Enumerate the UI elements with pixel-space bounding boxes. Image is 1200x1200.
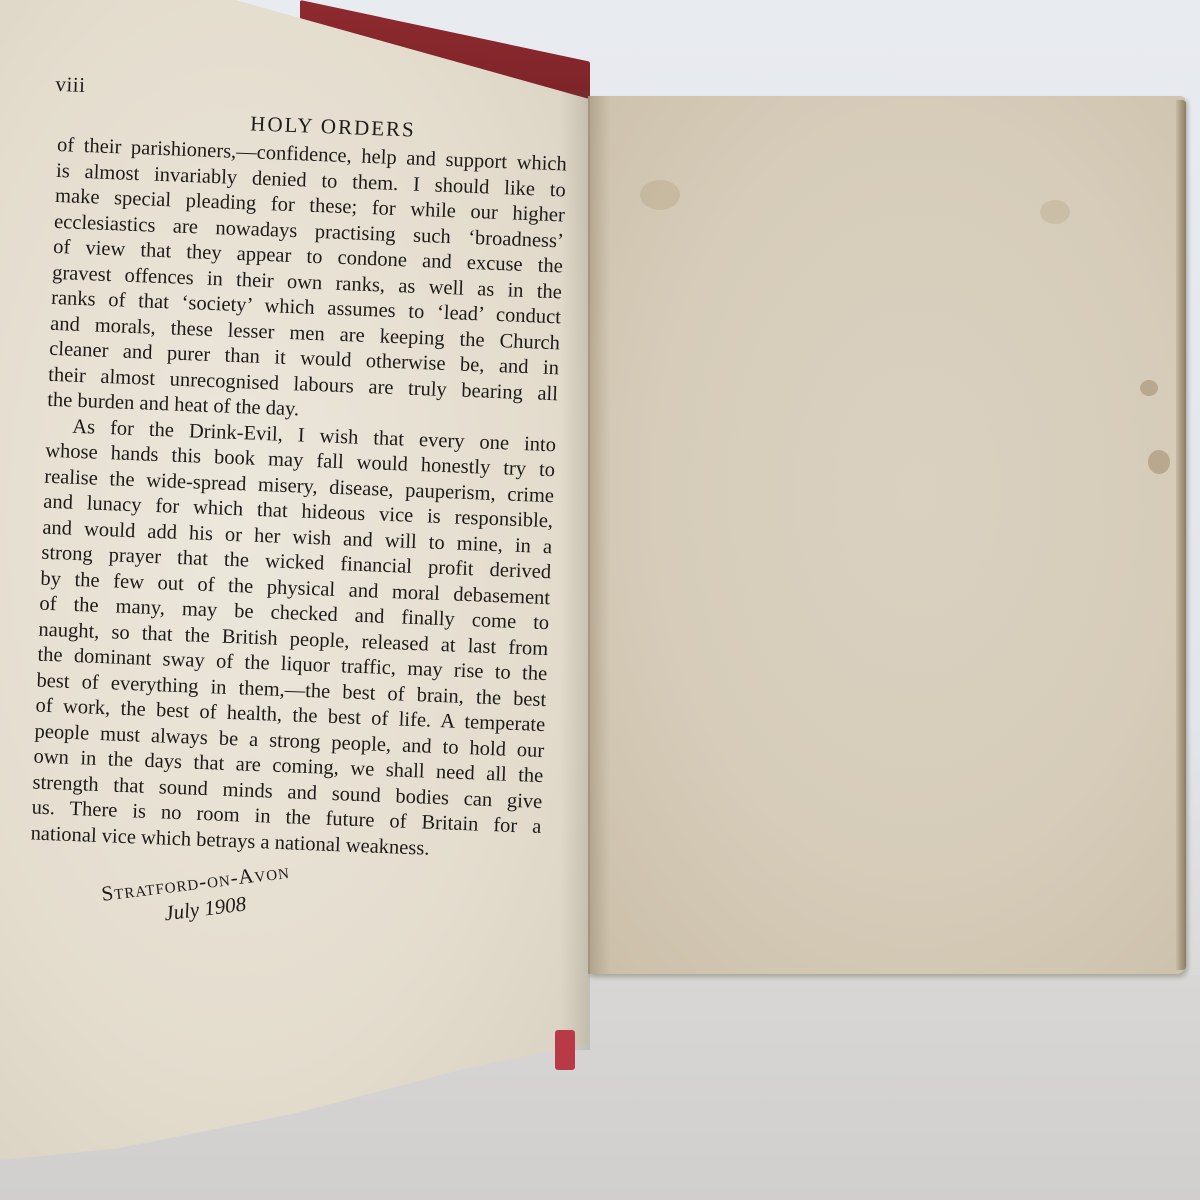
- foxing-stain: [1140, 380, 1158, 396]
- page-number: viii: [55, 72, 86, 98]
- foxing-stain: [1148, 450, 1170, 474]
- foxing-stain: [640, 180, 680, 210]
- right-page-fore-edge: [1176, 100, 1186, 970]
- right-page-blank: [588, 96, 1186, 974]
- left-page-text: viii HOLY ORDERS of their parishioners,—…: [30, 70, 569, 866]
- foxing-stain: [1040, 200, 1070, 224]
- right-page-gutter-shadow: [588, 96, 610, 974]
- left-page-gutter-shadow: [560, 90, 590, 1050]
- book-cover-corner: [555, 1030, 575, 1070]
